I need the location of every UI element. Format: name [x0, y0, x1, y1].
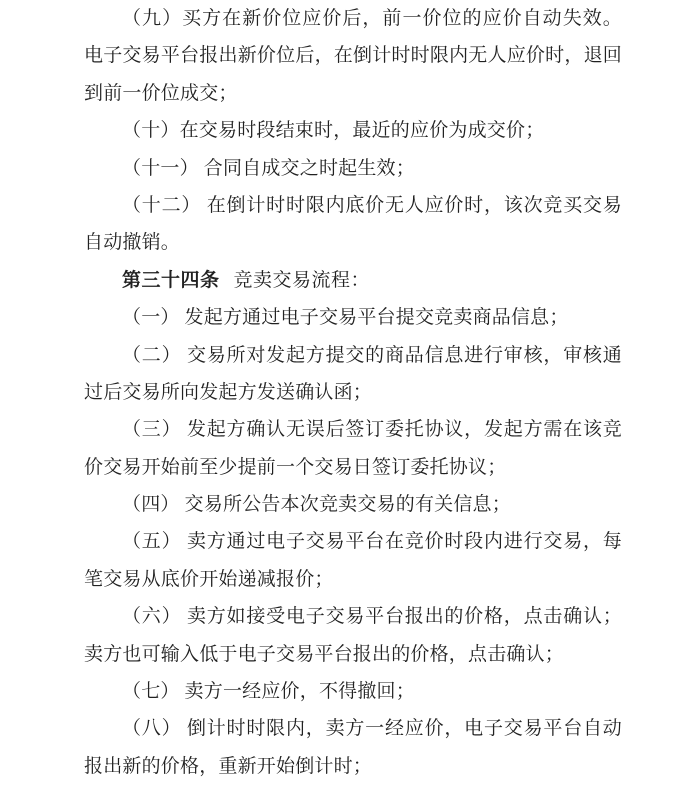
text-line: （六） 卖方如接受电子交易平台报出的价格，点击确认； — [84, 598, 622, 635]
procedure-item-3: （三） 发起方确认无误后签订委托协议，发起方需在该竞 价交易开始前至少提前一个交… — [84, 411, 622, 486]
text-line: 到前一价位成交； — [84, 75, 622, 112]
text-line: （十）在交易时段结束时，最近的应价为成交价； — [84, 112, 622, 149]
text-line: （八） 倒计时时限内，卖方一经应价，电子交易平台自动 — [84, 710, 622, 747]
text-line: 笔交易从底价开始递减报价； — [84, 561, 622, 598]
text-line: （十二） 在倒计时时限内底价无人应价时，该次竞买交易 — [84, 187, 622, 224]
clause-paragraph-9: （九）买方在新价位应价后，前一价位的应价自动失效。 电子交易平台报出新价位后，在… — [84, 0, 622, 112]
text-line: 自动撤销。 — [84, 224, 622, 261]
text-line: 报出新的价格，重新开始倒计时； — [84, 748, 622, 785]
text-line: （十一） 合同自成交之时起生效； — [84, 150, 622, 187]
text-line: 价交易开始前至少提前一个交易日签订委托协议； — [84, 449, 622, 486]
text-line: 电子交易平台报出新价位后，在倒计时时限内无人应价时，退回 — [84, 37, 622, 74]
text-line: 卖方也可输入低于电子交易平台报出的价格，点击确认； — [84, 636, 622, 673]
text-line: （九）买方在新价位应价后，前一价位的应价自动失效。 — [84, 0, 622, 37]
procedure-item-8: （八） 倒计时时限内，卖方一经应价，电子交易平台自动 报出新的价格，重新开始倒计… — [84, 710, 622, 785]
article-number: 第三十四条 — [122, 270, 220, 291]
text-line: （二） 交易所对发起方提交的商品信息进行审核，审核通 — [84, 337, 622, 374]
text-line: （四） 交易所公告本次竞卖交易的有关信息； — [84, 486, 622, 523]
procedure-item-6: （六） 卖方如接受电子交易平台报出的价格，点击确认； 卖方也可输入低于电子交易平… — [84, 598, 622, 673]
text-line: 过后交易所向发起方发送确认函； — [84, 374, 622, 411]
text-line: （一） 发起方通过电子交易平台提交竞卖商品信息； — [84, 299, 622, 336]
text-line: （五） 卖方通过电子交易平台在竞价时段内进行交易，每 — [84, 523, 622, 560]
text-line: （三） 发起方确认无误后签订委托协议，发起方需在该竞 — [84, 411, 622, 448]
document-page: （九）买方在新价位应价后，前一价位的应价自动失效。 电子交易平台报出新价位后，在… — [0, 0, 692, 785]
text-line: （七） 卖方一经应价，不得撤回； — [84, 673, 622, 710]
procedure-item-1: （一） 发起方通过电子交易平台提交竞卖商品信息； — [84, 299, 622, 336]
clause-paragraph-12: （十二） 在倒计时时限内底价无人应价时，该次竞买交易 自动撤销。 — [84, 187, 622, 262]
procedure-item-7: （七） 卖方一经应价，不得撤回； — [84, 673, 622, 710]
procedure-item-4: （四） 交易所公告本次竞卖交易的有关信息； — [84, 486, 622, 523]
article-title: 竞卖交易流程： — [234, 270, 371, 291]
clause-paragraph-11: （十一） 合同自成交之时起生效； — [84, 150, 622, 187]
article-heading-line: 第三十四条竞卖交易流程： — [84, 262, 622, 299]
article-heading: 第三十四条竞卖交易流程： — [84, 262, 622, 299]
clause-paragraph-10: （十）在交易时段结束时，最近的应价为成交价； — [84, 112, 622, 149]
procedure-item-5: （五） 卖方通过电子交易平台在竞价时段内进行交易，每 笔交易从底价开始递减报价； — [84, 523, 622, 598]
procedure-item-2: （二） 交易所对发起方提交的商品信息进行审核，审核通 过后交易所向发起方发送确认… — [84, 337, 622, 412]
